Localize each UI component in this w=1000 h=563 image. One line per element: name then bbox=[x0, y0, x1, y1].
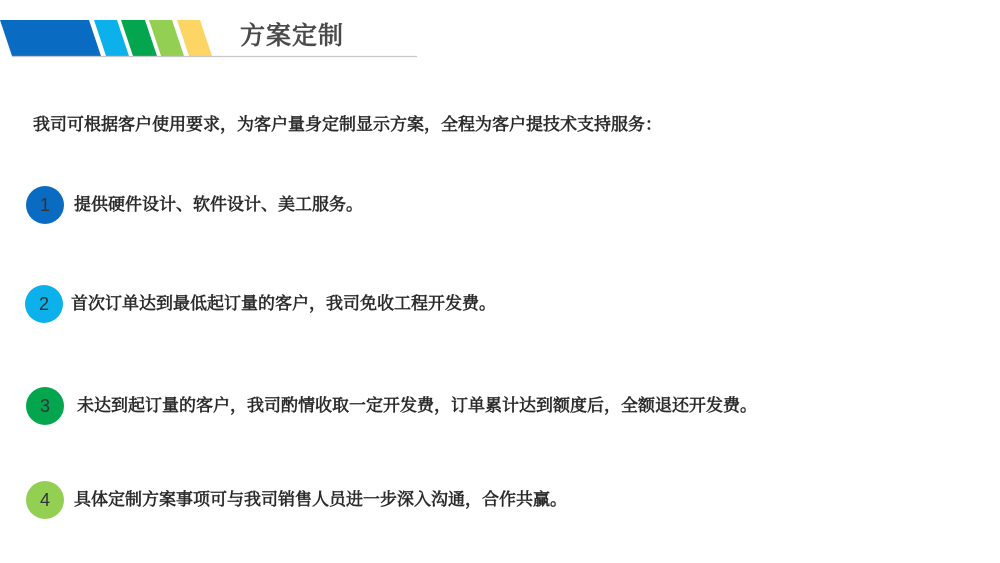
number-badge: 2 bbox=[25, 285, 63, 323]
number-badge: 3 bbox=[26, 387, 64, 425]
list-item-text: 具体定制方案事项可与我司销售人员进一步深入沟通，合作共赢。 bbox=[74, 487, 567, 513]
list-item-text: 提供硬件设计、软件设计、美工服务。 bbox=[74, 192, 363, 218]
list-item-3: 3 未达到起订量的客户，我司酌情收取一定开发费，订单累计达到额度后，全额退还开发… bbox=[26, 387, 757, 425]
list-item-2: 2 首次订单达到最低起订量的客户，我司免收工程开发费。 bbox=[25, 285, 496, 323]
stripe-blue bbox=[0, 20, 101, 56]
page-title: 方案定制 bbox=[240, 18, 344, 54]
stripe-yellow bbox=[177, 20, 212, 56]
number-badge: 1 bbox=[26, 186, 64, 224]
intro-text: 我司可根据客户使用要求，为客户量身定制显示方案，全程为客户提技术支持服务： bbox=[33, 112, 662, 138]
list-item-text: 未达到起订量的客户，我司酌情收取一定开发费，订单累计达到额度后，全额退还开发费。 bbox=[77, 393, 757, 419]
section-header: 方案定制 bbox=[0, 0, 1000, 70]
list-item-1: 1 提供硬件设计、软件设计、美工服务。 bbox=[26, 186, 363, 224]
list-item-text: 首次订单达到最低起订量的客户，我司免收工程开发费。 bbox=[71, 291, 496, 317]
header-stripes-decoration bbox=[0, 0, 420, 70]
number-badge: 4 bbox=[26, 481, 64, 519]
list-item-4: 4 具体定制方案事项可与我司销售人员进一步深入沟通，合作共赢。 bbox=[26, 481, 567, 519]
